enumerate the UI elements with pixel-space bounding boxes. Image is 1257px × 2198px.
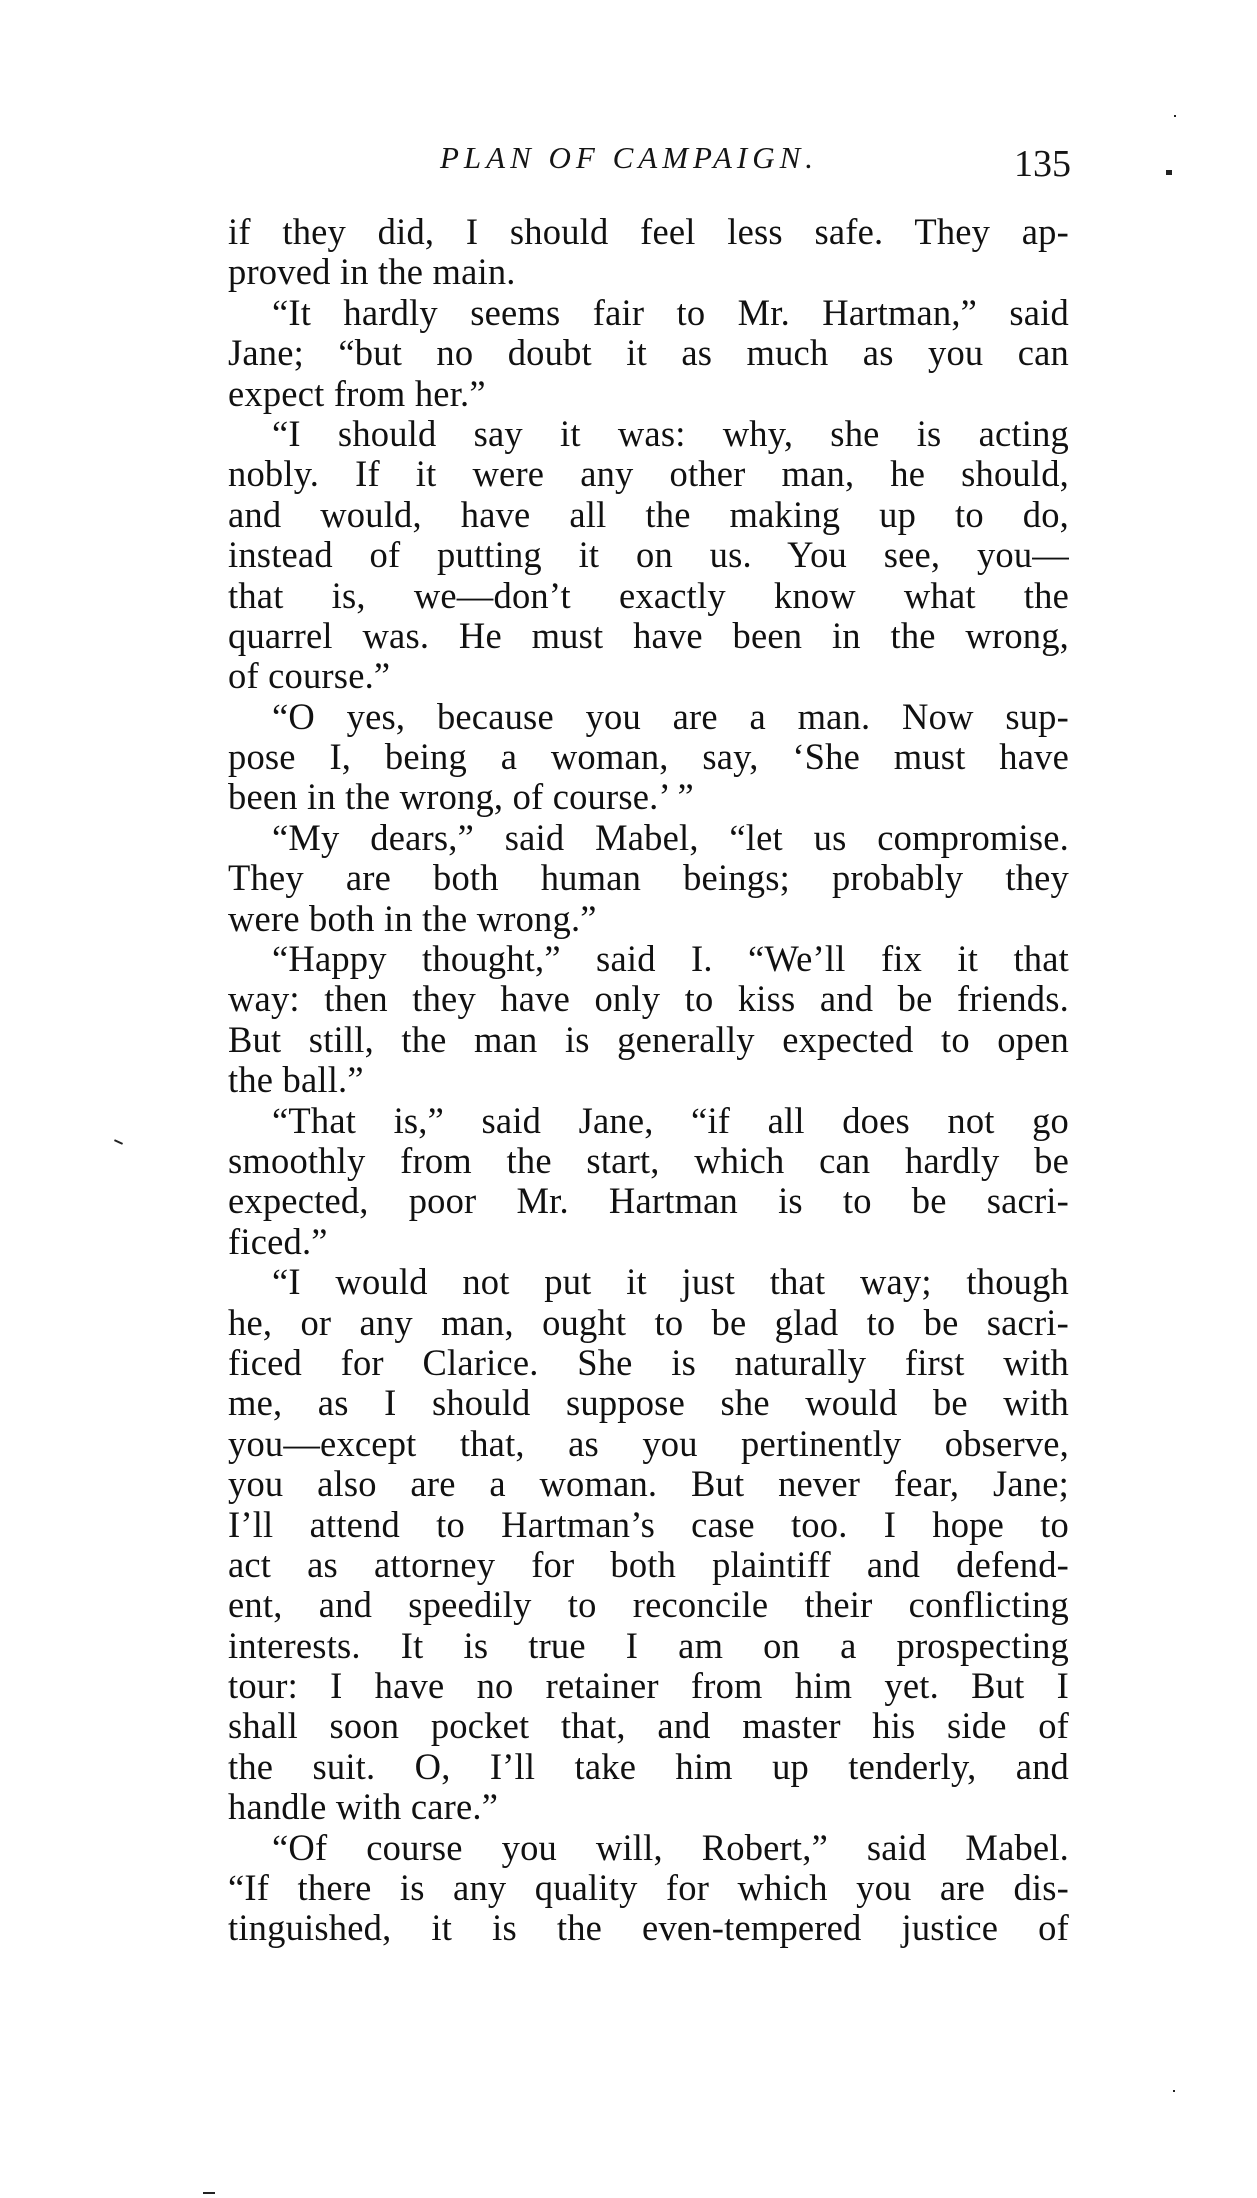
text-line: ent, and speedily to reconcile their con… — [228, 1585, 1069, 1625]
text-line: shall soon pocket that, and master his s… — [228, 1706, 1069, 1746]
text-line: “That is,” said Jane, “if all does not g… — [228, 1101, 1069, 1141]
book-page: PLAN OF CAMPAIGN. 135 if they did, I sho… — [0, 0, 1257, 2198]
text-line: But still, the man is generally expected… — [228, 1020, 1069, 1060]
text-line: instead of putting it on us. You see, yo… — [228, 535, 1069, 575]
text-line: “Of course you will, Robert,” said Mabel… — [228, 1828, 1069, 1868]
text-line: ficed.” — [228, 1222, 1069, 1262]
text-line: of course.” — [228, 656, 1069, 696]
text-line: that is, we—don’t exactly know what the — [228, 576, 1069, 616]
text-line: the suit. O, I’ll take him up tenderly, … — [228, 1747, 1069, 1787]
text-line: you—except that, as you pertinently obse… — [228, 1424, 1069, 1464]
text-line: act as attorney for both plaintiff and d… — [228, 1545, 1069, 1585]
text-line: and would, have all the making up to do, — [228, 495, 1069, 535]
body-text: if they did, I should feel less safe. Th… — [228, 212, 1069, 1949]
text-line: expected, poor Mr. Hartman is to be sacr… — [228, 1181, 1069, 1221]
text-line: I’ll attend to Hartman’s case too. I hop… — [228, 1505, 1069, 1545]
text-line: proved in the main. — [228, 252, 1069, 292]
text-line: “My dears,” said Mabel, “let us compromi… — [228, 818, 1069, 858]
text-line: “I should say it was: why, she is acting — [228, 414, 1069, 454]
running-head: PLAN OF CAMPAIGN. — [440, 138, 860, 178]
text-line: if they did, I should feel less safe. Th… — [228, 212, 1069, 252]
text-line: smoothly from the start, which can hardl… — [228, 1141, 1069, 1181]
scan-speck — [1166, 170, 1172, 175]
text-line: he, or any man, ought to be glad to be s… — [228, 1303, 1069, 1343]
text-line: ficed for Clarice. She is naturally firs… — [228, 1343, 1069, 1383]
scan-speck — [114, 1139, 123, 1145]
text-line: They are both human beings; probably the… — [228, 858, 1069, 898]
text-line: “It hardly seems fair to Mr. Hartman,” s… — [228, 293, 1069, 333]
page-number: 135 — [1001, 142, 1071, 186]
text-line: interests. It is true I am on a prospect… — [228, 1626, 1069, 1666]
text-line: tour: I have no retainer from him yet. B… — [228, 1666, 1069, 1706]
scan-speck — [203, 2192, 215, 2194]
scan-speck — [1173, 2090, 1175, 2092]
scan-speck — [1174, 115, 1176, 117]
text-line: quarrel was. He must have been in the wr… — [228, 616, 1069, 656]
text-line: way: then they have only to kiss and be … — [228, 979, 1069, 1019]
text-line: expect from her.” — [228, 374, 1069, 414]
text-line: the ball.” — [228, 1060, 1069, 1100]
text-line: pose I, being a woman, say, ‘She must ha… — [228, 737, 1069, 777]
text-line: me, as I should suppose she would be wit… — [228, 1383, 1069, 1423]
text-line: were both in the wrong.” — [228, 899, 1069, 939]
text-line: “O yes, because you are a man. Now sup- — [228, 697, 1069, 737]
text-line: nobly. If it were any other man, he shou… — [228, 454, 1069, 494]
text-line: you also are a woman. But never fear, Ja… — [228, 1464, 1069, 1504]
text-line: “I would not put it just that way; thoug… — [228, 1262, 1069, 1302]
text-line: handle with care.” — [228, 1787, 1069, 1827]
text-line: tinguished, it is the even-tempered just… — [228, 1908, 1069, 1948]
text-line: “If there is any quality for which you a… — [228, 1868, 1069, 1908]
text-line: been in the wrong, of course.’ ” — [228, 777, 1069, 817]
text-line: “Happy thought,” said I. “We’ll fix it t… — [228, 939, 1069, 979]
text-line: Jane; “but no doubt it as much as you ca… — [228, 333, 1069, 373]
